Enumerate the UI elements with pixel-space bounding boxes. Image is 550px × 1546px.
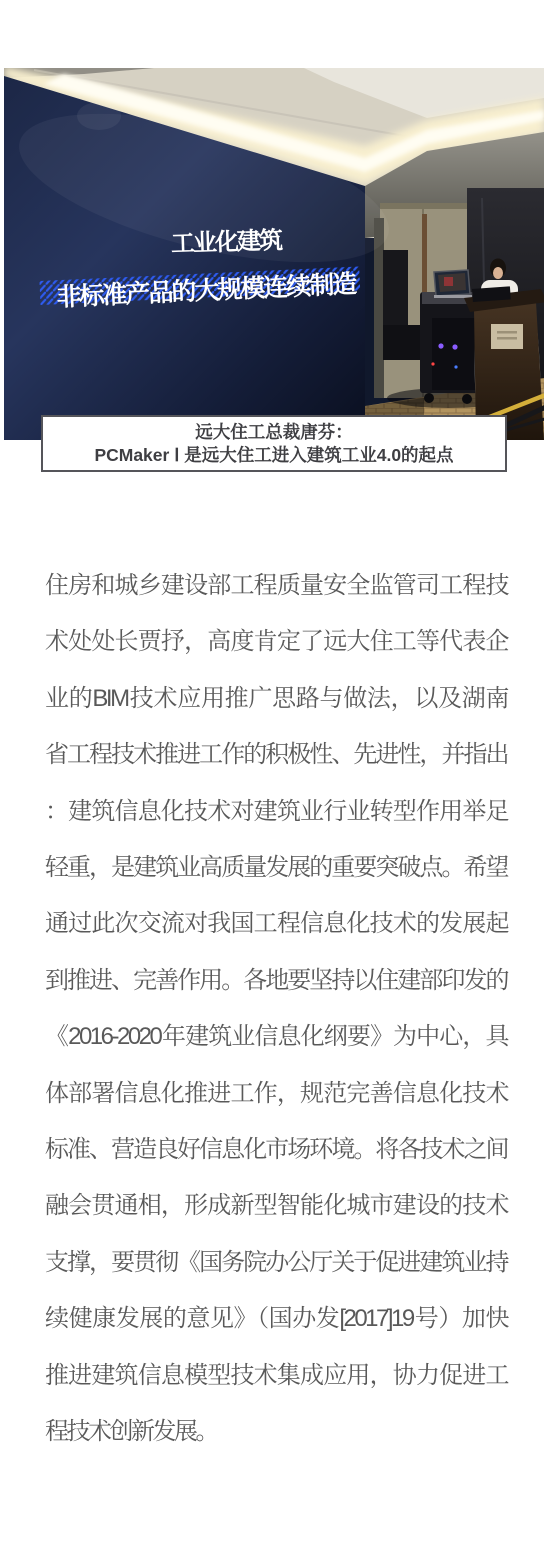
wall-title-line1: 工业化建筑	[171, 227, 284, 258]
article-line: 通过此次交流对我国工程信息化技术的发展起	[45, 896, 507, 952]
article-line: 推进建筑信息模型技术集成应用，协力促进工	[45, 1348, 507, 1404]
photo-caption: 远大住工总裁唐芬： PCMaker Ⅰ 是远大住工进入建筑工业4.0的起点	[41, 415, 507, 472]
article-line: 省工程技术推进工作的积极性、先进性，并指出	[45, 727, 507, 783]
article-line: 轻重，是建筑业高质量发展的重要突破点。希望	[45, 840, 507, 896]
article-line: 程技术创新发展。	[45, 1404, 507, 1460]
caption-line2: PCMaker Ⅰ 是远大住工进入建筑工业4.0的起点	[43, 444, 505, 467]
article-line: 术处处长贾抒，高度肯定了远大住工等代表企	[45, 614, 507, 670]
wooden-pole	[422, 214, 427, 292]
article-line: ：建筑信息化技术对建筑业行业转型作用举足	[45, 784, 507, 840]
wall-smudge	[77, 102, 121, 130]
article-line: 体部署信息化推进工作，规范完善信息化技术	[45, 1066, 507, 1122]
speaker-monitor	[383, 250, 408, 330]
laptop	[434, 270, 472, 298]
article-line: 住房和城乡建设部工程质量安全监管司工程技	[45, 558, 507, 614]
podium-plaque	[491, 324, 523, 349]
article-line: 到推进、完善作用。各地要坚持以住建部印发的	[45, 953, 507, 1009]
event-photo[interactable]: 工业化建筑 非标准产品的大规模连续制造	[4, 68, 544, 440]
floor-case	[383, 325, 420, 360]
caption-line1: 远大住工总裁唐芬：	[43, 421, 505, 444]
article-line: 融会贯通相，形成新型智能化城市建设的技术	[45, 1178, 507, 1234]
speaker-face	[493, 267, 503, 279]
article-line: 业的BIM技术应用推广思路与做法，以及湖南	[45, 671, 507, 727]
article-body: 住房和城乡建设部工程质量安全监管司工程技 术处处长贾抒，高度肯定了远大住工等代表…	[45, 558, 507, 1461]
article-line: 续健康发展的意见》（国办发[2017]19号）加快	[45, 1291, 507, 1347]
article-page: 工业化建筑 非标准产品的大规模连续制造	[0, 0, 550, 1546]
event-photo-scene: 工业化建筑 非标准产品的大规模连续制造	[4, 68, 544, 440]
article-line: 标准、营造良好信息化市场环境。将各技术之间	[45, 1122, 507, 1178]
article-line: 《2016-2020年建筑业信息化纲要》为中心，具	[45, 1009, 507, 1065]
article-line: 支撑，要贯彻《国务院办公厅关于促进建筑业持	[45, 1235, 507, 1291]
podium-laptop	[472, 286, 511, 302]
